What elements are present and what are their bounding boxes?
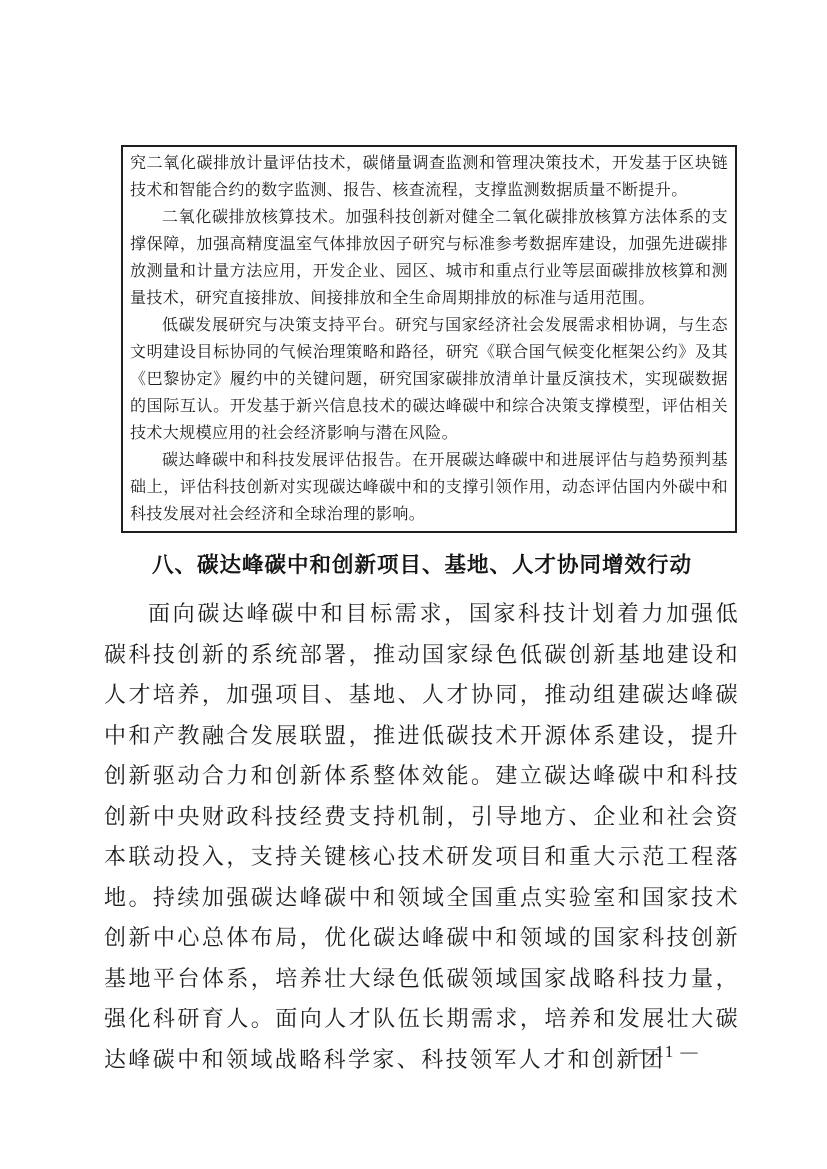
excerpt-box: 究二氧化碳排放计量评估技术，碳储量调查监测和管理决策技术，开发基于区块链技术和智… bbox=[121, 145, 737, 533]
body-paragraph: 面向碳达峰碳中和目标需求，国家科技计划着力加强低碳科技创新的系统部署，推动国家绿… bbox=[104, 594, 740, 1080]
page-number: — 11 — bbox=[631, 1041, 699, 1062]
section-eight: 八、碳达峰碳中和创新项目、基地、人才协同增效行动 面向碳达峰碳中和目标需求，国家… bbox=[104, 549, 740, 1080]
box-paragraph-accounting-tech: 二氧化碳排放核算技术。加强科技创新对健全二氧化碳排放核算方法体系的支撑保障，加强… bbox=[130, 204, 728, 312]
section-heading: 八、碳达峰碳中和创新项目、基地、人才协同增效行动 bbox=[104, 549, 740, 581]
box-paragraph-continuation: 究二氧化碳排放计量评估技术，碳储量调查监测和管理决策技术，开发基于区块链技术和智… bbox=[130, 150, 728, 204]
box-paragraph-assessment-report: 碳达峰碳中和科技发展评估报告。在开展碳达峰碳中和进展评估与趋势预判基础上，评估科… bbox=[130, 447, 728, 528]
document-page: 究二氧化碳排放计量评估技术，碳储量调查监测和管理决策技术，开发基于区块链技术和智… bbox=[0, 0, 827, 1169]
box-paragraph-lowcarbon-platform: 低碳发展研究与决策支持平台。研究与国家经济社会发展需求相协调，与生态文明建设目标… bbox=[130, 312, 728, 447]
